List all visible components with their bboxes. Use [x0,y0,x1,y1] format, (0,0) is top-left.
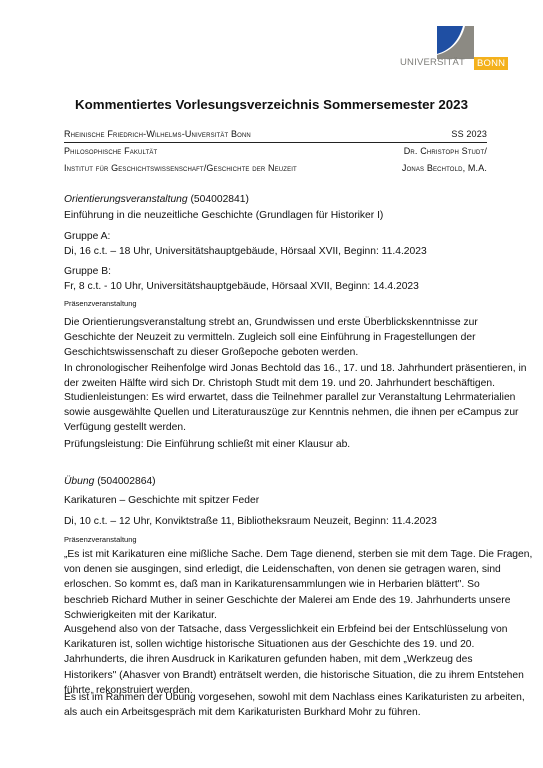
text-line: Ausgehend also von der Tatsache, dass Ve… [64,622,494,637]
header-row-faculty: Philosophische Fakultät Dr. Christoph St… [64,146,487,156]
document-title: Kommentiertes Vorlesungsverzeichnis Somm… [0,97,543,112]
lecturer-1: Dr. Christoph Studt/ [404,146,487,156]
course2-paragraph-2: Ausgehend also von der Tatsache, dass Ve… [64,622,494,698]
course2-type: Übung [64,476,94,487]
text-line: Die Orientierungsveranstaltung strebt an… [64,315,494,330]
university-name: Rheinische Friedrich-Wilhelms-Universitä… [64,129,251,139]
text-line: In chronologischer Reihenfolge wird Jona… [64,361,494,376]
header-row-university: Rheinische Friedrich-Wilhelms-Universitä… [64,129,487,143]
course1-group-a-label: Gruppe A: [64,229,110,244]
course1-type: Orientierungsveranstaltung [64,194,188,205]
course2-quote-paragraph: „Es ist mit Karikaturen eine mißliche Sa… [64,547,494,623]
course2-time: Di, 10 c.t. – 12 Uhr, Konviktstraße 11, … [64,514,437,529]
text-line: Studienleistungen: Es wird erwartet, das… [64,390,494,405]
text-line: Geschichtswissenschaft zu dieser Großepo… [64,345,494,360]
text-line: als auch ein Arbeitsgespräch mit dem Kar… [64,705,494,720]
text-line: der zweiten Hälfte wird sich Dr. Christo… [64,376,494,391]
text-line: Geschichte der Neuzeit zu vermitteln. Zu… [64,330,494,345]
course1-title: Einführung in die neuzeitliche Geschicht… [64,208,383,223]
text-line: erloschen. So kommt es, daß man in Karik… [64,577,494,592]
course1-description: Die Orientierungsveranstaltung strebt an… [64,315,494,391]
text-line: „Es ist mit Karikaturen eine mißliche Sa… [64,547,494,562]
course1-mode: Präsenzveranstaltung [64,296,137,311]
course1-studienleistungen: Studienleistungen: Es wird erwartet, das… [64,390,494,436]
course1-heading: Orientierungsveranstaltung (504002841) [64,192,249,207]
faculty-name: Philosophische Fakultät [64,146,157,156]
course2-title: Karikaturen – Geschichte mit spitzer Fed… [64,493,259,508]
institute-name: Institut für Geschichtswissenschaft/Gesc… [64,163,297,173]
text-line: Schwierigkeiten mit der Karikatur. [64,608,494,623]
text-line: Jahrhunderts, die ihren Ausdruck in Kari… [64,652,494,667]
course1-group-b-time: Fr, 8 c.t. - 10 Uhr, Universitätshauptge… [64,279,419,294]
course1-group-b-label: Gruppe B: [64,264,111,279]
text-line: beschrieb Richard Muther in seiner Gesch… [64,593,494,608]
course2-number: (504002864) [94,476,155,487]
course2-paragraph-3: Es ist im Rahmen der Übung vorgesehen, s… [64,690,494,720]
semester: SS 2023 [451,129,487,139]
text-line: sowie ausgewählte Quellen und Literatura… [64,405,494,420]
text-line: Historikers" (Ahasver von Brandt) enträt… [64,668,494,683]
text-line: Verfügung gestellt werden. [64,420,494,435]
text-line: Es ist im Rahmen der Übung vorgesehen, s… [64,690,494,705]
course1-group-a-time: Di, 16 c.t. – 18 Uhr, Universitätshauptg… [64,244,427,259]
logo-mark-icon [437,26,474,59]
logo-text-universitaet: UNIVERSITÄT [400,57,465,69]
lecturer-2: Jonas Bechtold, M.A. [402,163,487,173]
header-row-institute: Institut für Geschichtswissenschaft/Gesc… [64,163,487,173]
course1-number: (504002841) [188,194,249,205]
course2-mode: Präsenzveranstaltung [64,532,137,547]
text-line: Karikaturen ist, sollen wichtige histori… [64,637,494,652]
course1-pruefungsleistung: Prüfungsleistung: Die Einführung schließ… [64,437,350,452]
logo-text-bonn: BONN [474,57,508,70]
course2-heading: Übung (504002864) [64,474,156,489]
text-line: von denen sie ausgingen, sind erledigt, … [64,562,494,577]
